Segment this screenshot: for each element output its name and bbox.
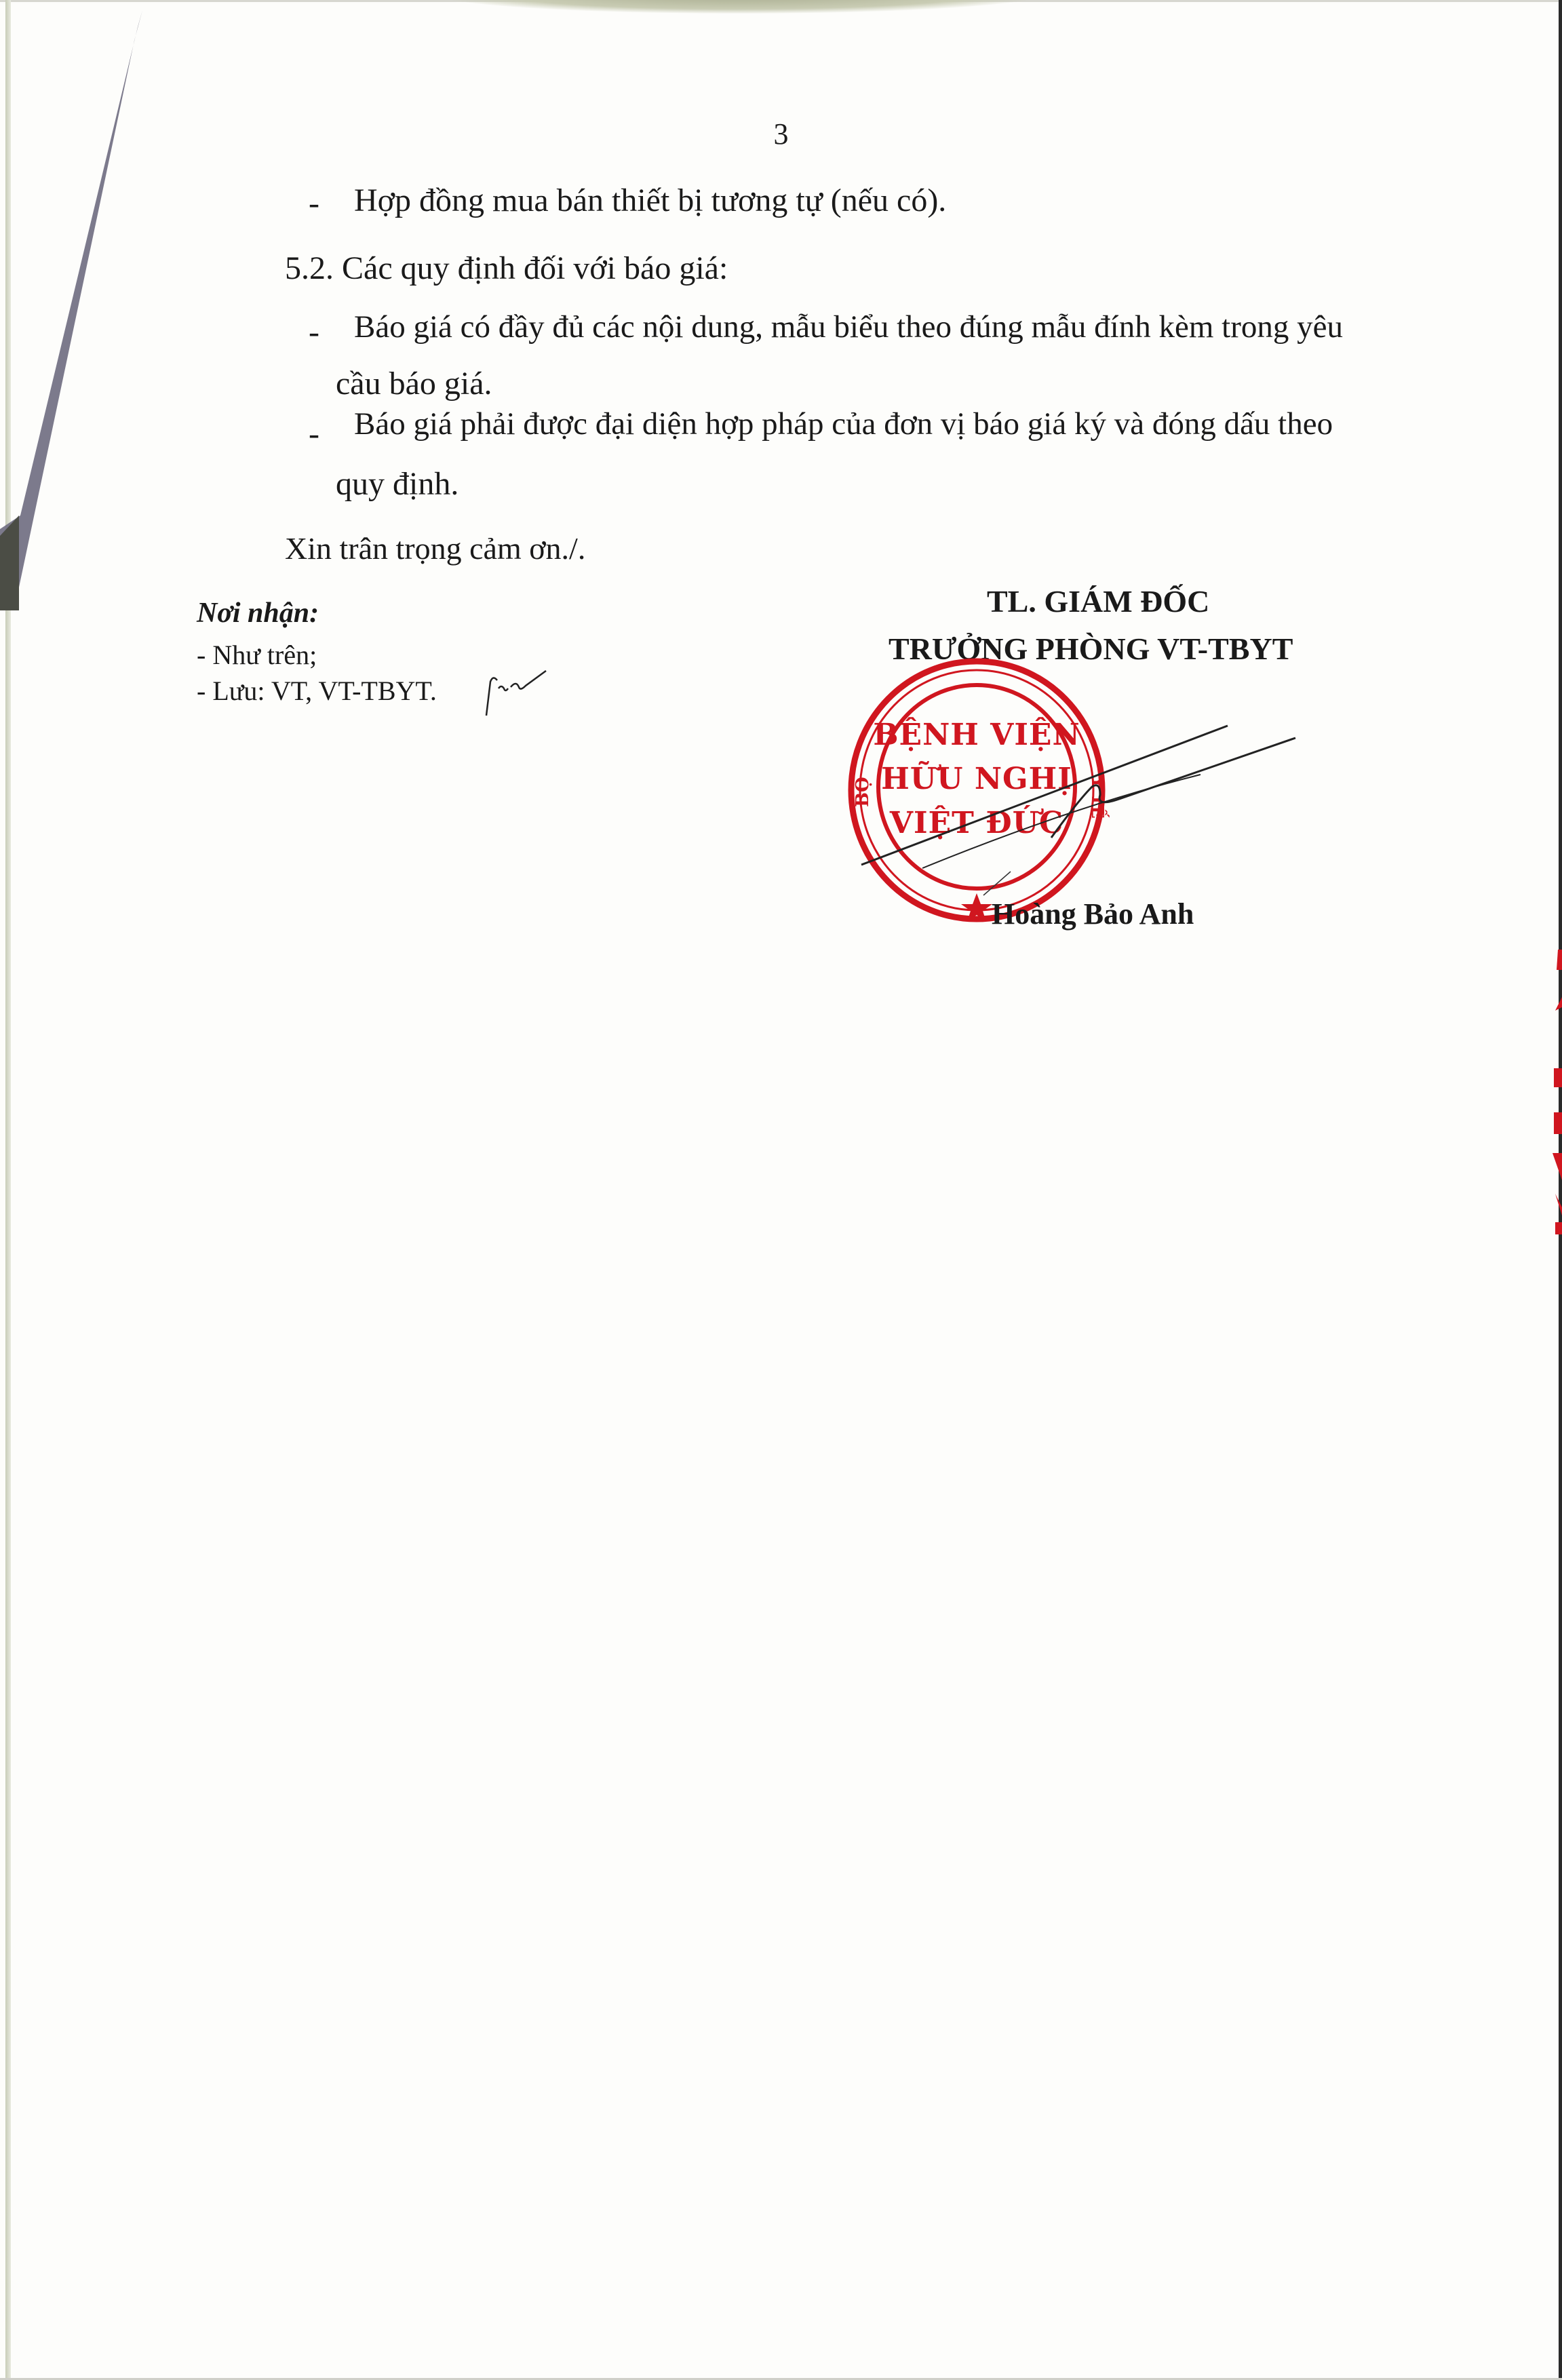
recipient-item: - Lưu: VT, VT-TBYT. [197, 675, 437, 707]
quote-rule-2-line2: quy định. [336, 465, 458, 503]
bullet-dash: - [309, 184, 319, 222]
quote-rule-1-line2: cầu báo giá. [336, 365, 492, 402]
scan-left-streak [0, 0, 203, 610]
partial-stamp-edge [1547, 950, 1562, 1234]
signer-title-line1: TL. GIÁM ĐỐC [987, 583, 1209, 619]
page-number: 3 [0, 117, 1562, 151]
bullet-dash: - [309, 313, 319, 351]
quote-rule-1-line1: Báo giá có đầy đủ các nội dung, mẫu biểu… [354, 309, 1343, 345]
contract-item: Hợp đồng mua bán thiết bị tương tự (nếu … [354, 182, 946, 219]
recipients-title: Nơi nhận: [197, 597, 319, 629]
handwritten-initials-icon [478, 668, 560, 722]
handwritten-signature-icon [848, 719, 1309, 909]
signer-name: Hoàng Bảo Anh [992, 897, 1194, 931]
bullet-dash: - [309, 415, 319, 452]
closing-remark: Xin trân trọng cảm ơn./. [285, 530, 585, 566]
quote-rule-2-line1: Báo giá phải được đại diện hợp pháp của … [354, 406, 1333, 442]
section-heading: 5.2. Các quy định đối với báo giá: [285, 250, 728, 287]
scan-top-shadow [434, 0, 1044, 14]
recipient-item: - Như trên; [197, 639, 317, 671]
